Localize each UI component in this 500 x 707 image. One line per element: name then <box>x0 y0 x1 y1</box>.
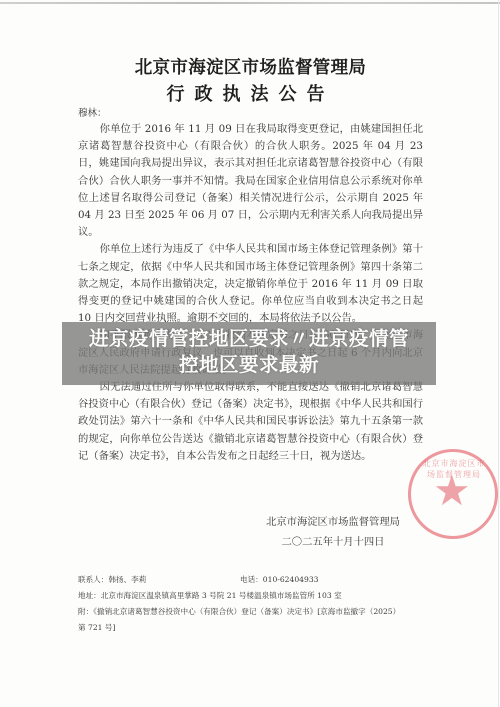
banner-headline-line1: 进京疫情管控地区要求〃进京疫情管 <box>62 326 436 352</box>
signature-issuer: 北京市海淀区市场监督管理局 <box>258 512 408 532</box>
contact-address: 地址：北京市海淀区温泉镇高里掌路 3 号院 21 号楼温泉镇市场监管所 103 … <box>78 588 438 604</box>
scan-right-edge <box>498 0 499 707</box>
star-icon: ★ <box>433 470 471 512</box>
seal-ring-text: 北京市海淀区市场监督管理局 <box>419 458 489 480</box>
attachment-reference-number: 第 721 号] <box>78 620 438 636</box>
banner-headline-line2: 控地区要求最新 <box>62 352 436 378</box>
signature-block: 北京市海淀区市场监督管理局 二〇二五年十月十四日 <box>258 512 408 552</box>
contact-footer: 联系人：韩扬、李莉 电话：010-62404933 地址：北京市海淀区温泉镇高里… <box>78 572 438 636</box>
announcement-body: 你单位于 2016 年 11 月 09 日在我局取得变更登记，由姚建国担任北京诸… <box>78 121 423 465</box>
scan-top-edge <box>0 2 500 4</box>
banner-headline: 进京疫情管控地区要求〃进京疫情管 控地区要求最新 <box>62 322 436 378</box>
paragraph-decision: 你单位上述行为违反了《中华人民共和国市场主体登记管理条例》第十七条之规定，依据《… <box>78 241 423 327</box>
contact-phone: 电话：010-62404933 <box>240 572 319 588</box>
addressee: 穆林： <box>78 105 107 119</box>
attachment-reference: 附：《撤销北京诸葛智慧谷投资中心（有限合伙）登记（备案）决定书》[京海市监撤字（… <box>78 604 438 620</box>
paragraph-facts: 你单位于 2016 年 11 月 09 日在我局取得变更登记，由姚建国担任北京诸… <box>78 121 423 241</box>
issuer-title: 北京市海淀区市场监督管理局 <box>78 54 423 79</box>
signature-date: 二〇二五年十月十四日 <box>258 532 408 552</box>
document-type-heading: 行政执法公告 <box>78 80 423 106</box>
headline-overlay-banner: 进京疫情管控地区要求〃进京疫情管 控地区要求最新 <box>62 322 436 385</box>
paragraph-service-notice: 因无法通过住所与你单位取得联系，不能直接送达《撤销北京诸葛智慧谷投资中心（有限合… <box>78 379 423 465</box>
